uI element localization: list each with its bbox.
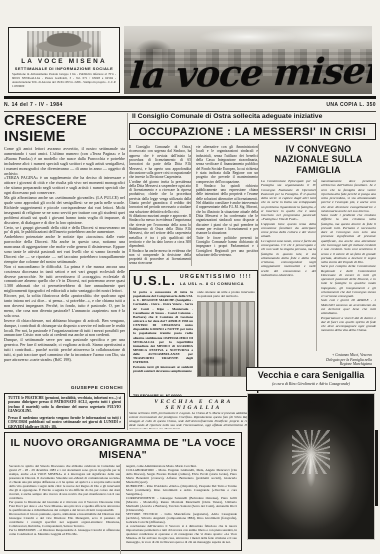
imprint-text: Spedizione in Abbonamento Postale Gruppo…	[12, 72, 116, 88]
newspaper-page: LA VOCE MISENA SETTIMANALE DI INFORMAZIO…	[0, 0, 380, 554]
city-panorama-photo: la voce misena	[124, 26, 372, 94]
nameplate-title: LA VOCE MISENA	[12, 58, 116, 65]
crescere-body-text: Come gli amici lettori avranno avvertito…	[4, 147, 125, 390]
vecchia-strip-text: Siamo nell'anno 1905, precisamente il 2 …	[129, 412, 258, 429]
vecchia-rubric-byline: (a cura di Rino Girolimetti e Adrio Casa…	[247, 381, 375, 386]
convegno-column-2: massimamente deve penetrare all'interno …	[321, 179, 376, 351]
organigramma-column-1: Secondo lo spirito del Sinodo Diocesano …	[9, 464, 121, 554]
occupazione-headline-box: OCCUPAZIONE : LA MESSERSI' IN CRISI	[129, 123, 376, 140]
usl-subhead: LA USL n. 8 CI COMUNICA	[180, 281, 252, 286]
issue-number: N. 14 del 7 - IV - 1984	[4, 102, 63, 108]
usl-body-text: Si porta a conoscenza di tutta la popola…	[133, 290, 193, 392]
occupazione-column-1: Il Consiglio Comunale di Ostra, riconvoc…	[129, 145, 192, 266]
convegno-body: La Commissione Episcopale per la Famigli…	[261, 179, 376, 351]
organigramma-body: Secondo lo spirito del Sinodo Diocesano …	[9, 464, 237, 554]
usl-title: U.S.L.	[133, 273, 176, 288]
article-convegno-famiglia: IV CONVEGNO NAZIONALE SULLA FAMIGLIA La …	[261, 144, 376, 367]
vecchia-rubric-box: Vecchia e cara Senigallia (a cura di Rin…	[246, 367, 376, 391]
vecchia-strip-title: VECCHIA E CARA SENIGALLIA	[129, 399, 258, 411]
usl-phone-line: TELEFONARE AL N° 66000	[133, 394, 193, 398]
altar-sunburst	[292, 430, 330, 474]
usl-notice-box: U.S.L. URGENTISSIMO !!!! LA USL n. 8 CI …	[129, 270, 258, 397]
nameplate-subtitle: SETTIMANALE DI INFORMAZIONE SOCIALE	[12, 66, 116, 71]
vecchia-strip: VECCHIA E CARA SENIGALLIA Siamo nell'ann…	[129, 399, 258, 429]
organigramma-column-2: negatti, come Amministratore Mons. Mario…	[126, 464, 237, 554]
article-crescere-insieme: CRESCERE INSIEME Come gli amici lettori …	[4, 113, 125, 390]
script-masthead-title: la voce misena	[128, 49, 372, 94]
acli-notice-text-1: TUTTE le PRATICHE (pensioni, invalidità,…	[8, 396, 121, 414]
organigramma-box: IL NUOVO ORGANIGRAMMA DE "LA VOCE MISENA…	[4, 432, 242, 551]
convegno-headline: IV CONVEGNO NAZIONALE SULLA FAMIGLIA	[261, 144, 376, 175]
column-divider-1	[127, 113, 128, 430]
acli-notice-text-2: Presso il medesimo segretario vengono fo…	[8, 416, 121, 429]
crescere-signature: GIUSEPPE CIONCHI	[71, 385, 123, 390]
hospital-photo	[197, 301, 255, 377]
occupazione-column-2: vie alternative con gli Amministratori l…	[196, 145, 258, 266]
crescere-headline: CRESCERE INSIEME	[4, 113, 125, 145]
usl-urgent-label: URGENTISSIMO !!!!	[180, 274, 252, 280]
copy-price: UNA COPIA L. 350	[326, 102, 376, 108]
church-altar-photo	[247, 393, 375, 540]
usl-header: U.S.L. URGENTISSIMO !!!! LA USL n. 8 CI …	[133, 273, 254, 288]
usl-content: Si porta a conoscenza di tutta la popola…	[133, 290, 254, 398]
town-sketch-image	[27, 31, 101, 57]
vecchia-rubric-title: Vecchia e cara Senigallia	[247, 370, 375, 380]
issue-row: N. 14 del 7 - IV - 1984 UNA COPIA L. 350	[4, 99, 376, 112]
nameplate-box: LA VOCE MISENA SETTIMANALE DI INFORMAZIO…	[8, 27, 120, 93]
column-divider-2	[258, 144, 259, 397]
usl-note-text: onde ottenere un utile e pronto interven…	[197, 290, 255, 298]
occupazione-body: Il Consiglio Comunale di Ostra, riconvoc…	[129, 145, 258, 266]
occupazione-kicker: Il Consiglio Comunale di Ostra sollecita…	[132, 113, 376, 120]
convegno-column-1: La Commissione Episcopale per la Famigli…	[261, 179, 317, 351]
usl-header-right: URGENTISSIMO !!!! LA USL n. 8 CI COMUNIC…	[180, 273, 252, 286]
organigramma-headline: IL NUOVO ORGANIGRAMMA DE "LA VOCE MISENA…	[9, 437, 237, 461]
convegno-signature: + Costanzo Micci, Vescovo Delegato per l…	[261, 353, 376, 367]
patronato-acli-notice-box: TUTTE le PRATICHE (pensioni, invalidità,…	[4, 393, 125, 429]
usl-left-column: Si porta a conoscenza di tutta la popola…	[133, 290, 193, 398]
scan-artifact	[375, 430, 378, 506]
